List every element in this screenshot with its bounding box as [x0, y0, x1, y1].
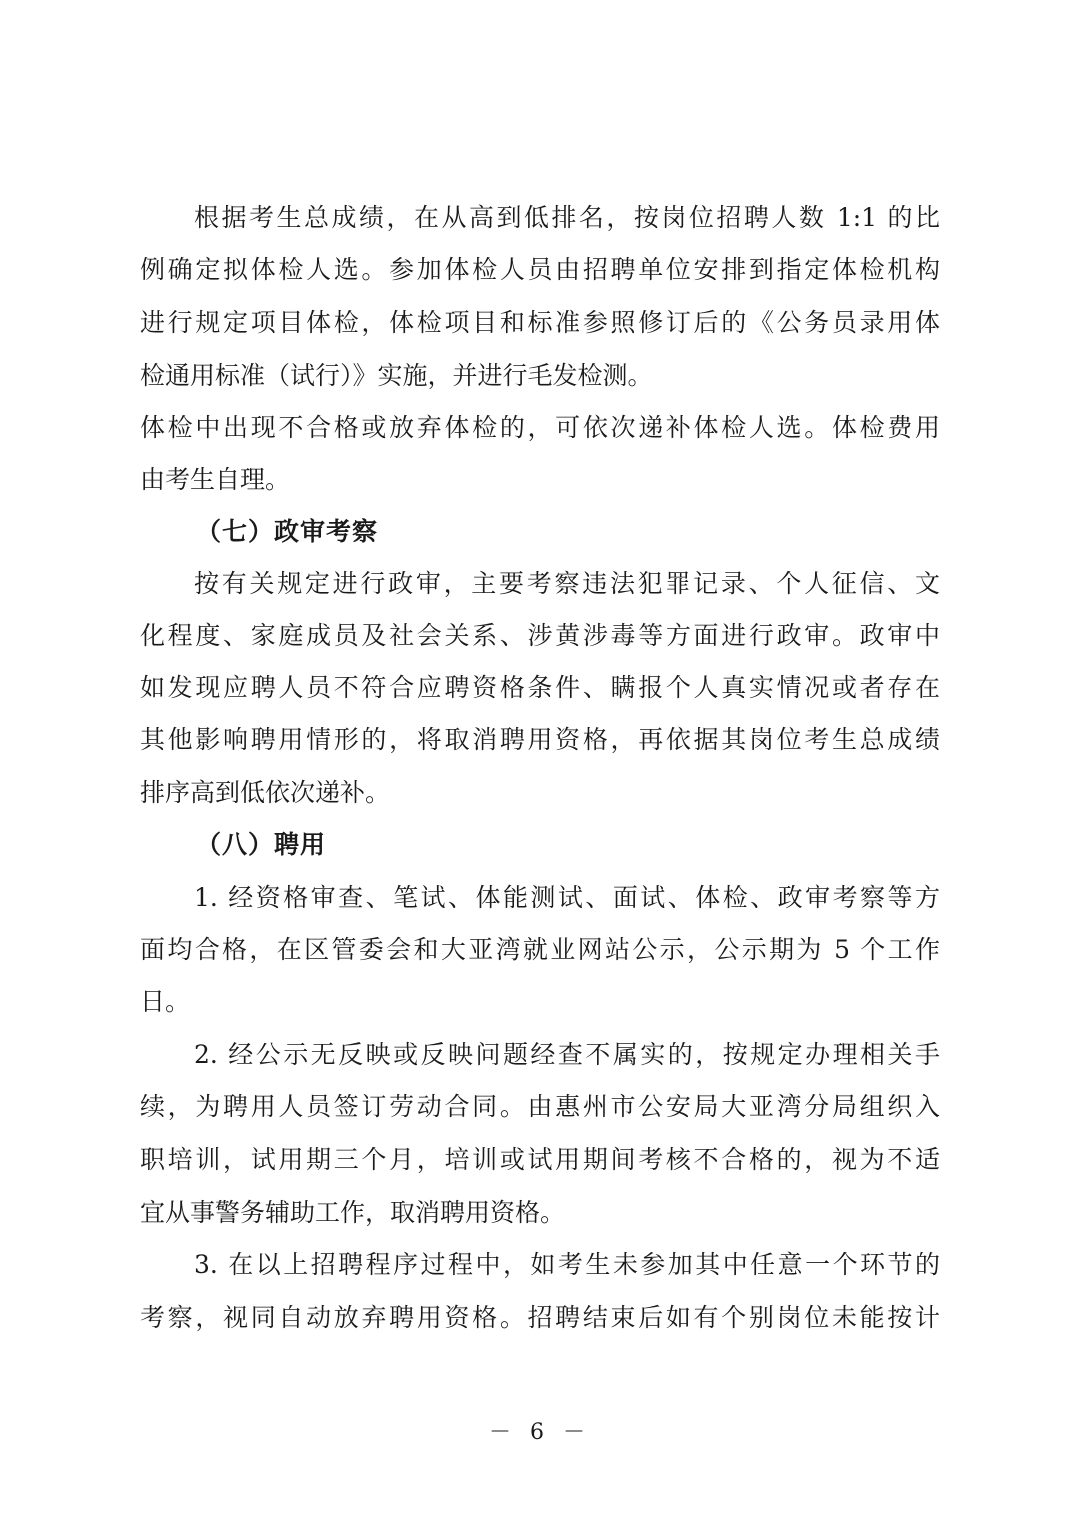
document-page: 根据考生总成绩，在从高到低排名，按岗位招聘人数 1:1 的比 例确定拟体检人选。… — [0, 0, 1080, 1527]
list-item-line: 宜从事警务辅助工作，取消聘用资格。 — [140, 1193, 940, 1233]
paragraph-line: 进行规定项目体检，体检项目和标准参照修订后的《公务员录用体 — [140, 303, 940, 343]
list-item-line: 面均合格，在区管委会和大亚湾就业网站公示，公示期为 5 个工作 — [140, 930, 940, 970]
list-item-line: 1. 经资格审查、笔试、体能测试、面试、体检、政审考察等方 — [194, 878, 940, 918]
paragraph-line: 例确定拟体检人选。参加体检人员由招聘单位安排到指定体检机构 — [140, 250, 940, 290]
paragraph-line: 根据考生总成绩，在从高到低排名，按岗位招聘人数 1:1 的比 — [194, 198, 940, 238]
paragraph-line: 其他影响聘用情形的，将取消聘用资格，再依据其岗位考生总成绩 — [140, 720, 940, 760]
list-item-line: 2. 经公示无反映或反映问题经查不属实的，按规定办理相关手 — [194, 1035, 940, 1075]
paragraph-line: 排序高到低依次递补。 — [140, 773, 940, 813]
paragraph-line: 体检中出现不合格或放弃体检的，可依次递补体检人选。体检费用 — [140, 408, 940, 448]
list-item-line: 日。 — [140, 982, 940, 1022]
list-item-line: 续，为聘用人员签订劳动合同。由惠州市公安局大亚湾分局组织入 — [140, 1087, 940, 1127]
list-item-line: 3. 在以上招聘程序过程中，如考生未参加其中任意一个环节的 — [194, 1245, 940, 1285]
page-number: － 6 － — [0, 1415, 1080, 1446]
paragraph-line: 如发现应聘人员不符合应聘资格条件、瞒报个人真实情况或者存在 — [140, 668, 940, 708]
paragraph-line: 按有关规定进行政审，主要考察违法犯罪记录、个人征信、文 — [194, 564, 940, 604]
list-item-line: 考察，视同自动放弃聘用资格。招聘结束后如有个别岗位未能按计 — [140, 1298, 940, 1338]
paragraph-line: 化程度、家庭成员及社会关系、涉黄涉毒等方面进行政审。政审中 — [140, 616, 940, 656]
paragraph-line: 检通用标准（试行）》实施，并进行毛发检测。 — [140, 356, 940, 396]
list-item-line: 职培训，试用期三个月，培训或试用期间考核不合格的，视为不适 — [140, 1140, 940, 1180]
section-heading-political-review: （七）政审考察 — [196, 512, 378, 552]
section-heading-employment: （八）聘用 — [196, 825, 326, 865]
paragraph-line: 由考生自理。 — [140, 460, 940, 500]
